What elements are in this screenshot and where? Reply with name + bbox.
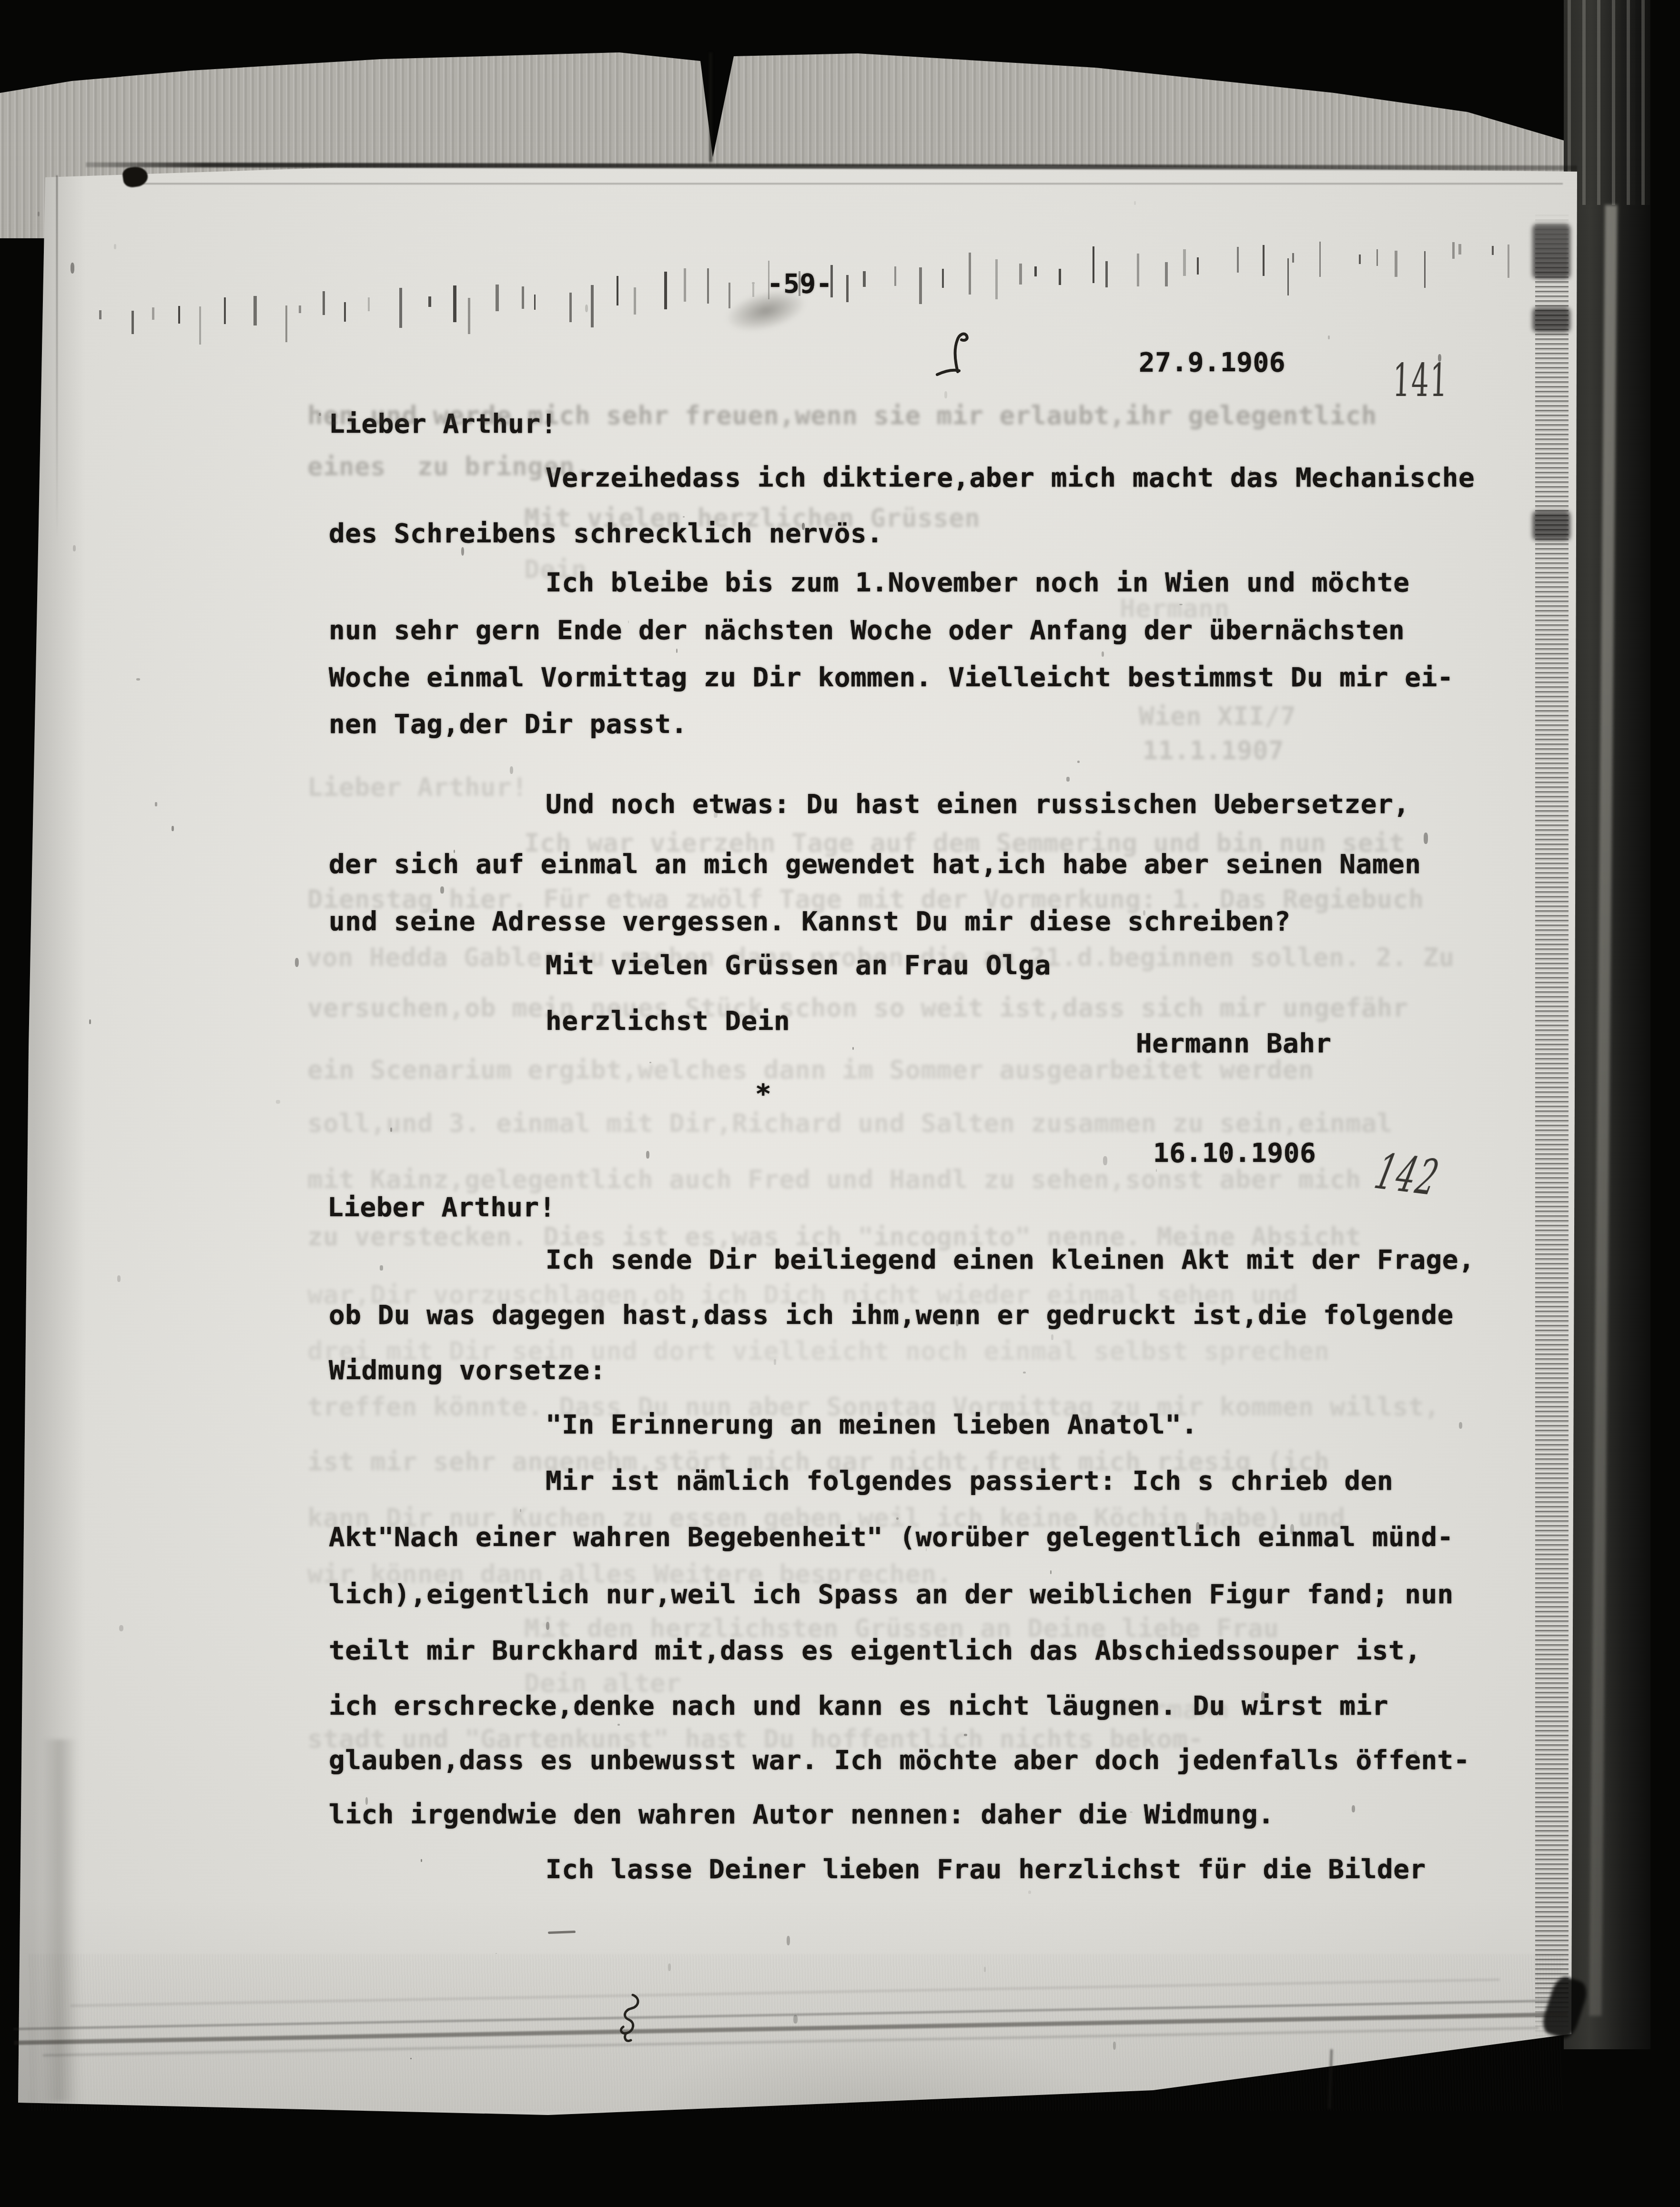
scan-tick <box>1197 257 1199 275</box>
ghost-line: Lieber Arthur! <box>307 774 527 800</box>
ghost-line: Hermann <box>1120 1697 1230 1722</box>
typed-line: Woche einmal Vormittag zu Dir kommen. Vi… <box>329 664 1454 691</box>
scan-tick <box>199 306 201 345</box>
dust-speck <box>172 826 173 832</box>
dust-speck <box>71 263 74 274</box>
scan-tick <box>1165 262 1168 286</box>
scan-tick <box>1424 251 1426 288</box>
dust-speck <box>1028 1891 1031 1893</box>
scan-tick <box>468 298 470 334</box>
ghost-line: Mit vielen herzlichen Grüssen <box>524 505 980 531</box>
typed-line: lich irgendwie den wahren Autor nennen: … <box>329 1801 1274 1828</box>
ghost-line: versuchen,ob mein neues Stück schon so w… <box>307 995 1408 1021</box>
scan-tick <box>942 269 944 288</box>
ghost-line: wir können dann alles Weitere besprechen… <box>307 1561 952 1587</box>
binding-ink-blob <box>1532 307 1570 332</box>
ghost-line: kann Dir nur Kuchen zu essen geben,weil … <box>307 1505 1346 1531</box>
ghost-line: ein Scenarium ergibt,welches dann im Som… <box>307 1057 1314 1083</box>
scan-tick <box>299 305 302 313</box>
binding-ink-blob <box>1532 224 1570 279</box>
ghost-line: Ich war vierzehn Tage auf dem Semmering … <box>524 830 1405 856</box>
scan-tick <box>634 287 636 315</box>
dust-speck <box>38 212 40 216</box>
scan-tick <box>1287 258 1289 295</box>
dust-speck <box>276 1100 280 1104</box>
scan-tick <box>569 293 572 322</box>
dust-speck <box>1050 1570 1052 1574</box>
binding-perforation-band <box>1535 210 1569 2040</box>
scan-tick <box>99 310 101 319</box>
typed-line: Und noch etwas: Du hast einen russischen… <box>546 791 1409 818</box>
scan-tick <box>995 259 998 300</box>
scan-tick <box>253 296 256 325</box>
scan-tick <box>453 285 456 323</box>
folio-number-141: 141 <box>1392 354 1449 407</box>
dust-speck <box>119 1625 123 1632</box>
scan-tick <box>1019 264 1022 285</box>
typed-line: nen Tag,der Dir passt. <box>329 711 688 738</box>
dust-speck <box>984 1967 986 1972</box>
scan-tick <box>1183 249 1186 276</box>
ghost-line: war,Dir vorzuschlagen,ob ich Dich nicht … <box>307 1282 1298 1308</box>
dust-speck <box>421 1859 422 1862</box>
scan-tick <box>894 266 896 286</box>
typed-line: Ich bleibe bis zum 1.November noch in Wi… <box>546 570 1409 596</box>
dust-speck <box>752 282 755 284</box>
scan-tick <box>323 291 325 315</box>
ghost-line: Wien XII/7 <box>1139 703 1296 729</box>
asterisk-separator: * <box>755 1081 771 1108</box>
signature-1: Hermann Bahr <box>1136 1030 1332 1057</box>
scan-tick <box>224 297 225 324</box>
dust-speck <box>1424 833 1428 844</box>
date-line-2: 16.10.1906 <box>1153 1140 1316 1167</box>
scan-tick <box>1237 247 1239 273</box>
dust-speck <box>668 1963 671 1971</box>
paper-tear-crack <box>709 52 712 162</box>
pen-curl-mark <box>931 328 993 385</box>
dust-speck <box>155 802 157 806</box>
scan-tick <box>969 253 971 295</box>
scan-tick <box>1034 266 1037 276</box>
ghost-line: Mit den herzlichsten Grüssen an Deine li… <box>524 1616 1279 1641</box>
dust-speck <box>852 1047 854 1050</box>
ghost-line: treffen könnte. Dass Du nun aber Sonntag… <box>307 1394 1440 1420</box>
scan-tick <box>1093 246 1094 283</box>
ghost-line: eines zu bringen. <box>307 454 590 479</box>
scan-tick <box>1359 254 1361 264</box>
scan-tick <box>285 305 287 342</box>
dust-speck <box>89 1019 91 1024</box>
scan-tick <box>1395 251 1397 277</box>
scan-tick <box>534 295 536 310</box>
dust-speck <box>295 958 299 967</box>
scan-tick <box>522 286 525 309</box>
date-line-1: 27.9.1906 <box>1139 349 1285 376</box>
scan-tick <box>1319 242 1321 277</box>
scanned-letter-page: -59- 27.9.1906Lieber Arthur!Verzeihedass… <box>0 0 1680 2207</box>
dust-speck <box>1077 761 1080 763</box>
scan-tick <box>863 271 866 287</box>
scan-tick <box>399 288 402 328</box>
scan-tick <box>496 285 498 311</box>
ghost-line: mit Kainz,gelegentlich auch Fred und Han… <box>307 1167 1361 1192</box>
ghost-line: 11.1.1907 <box>1143 738 1284 763</box>
dust-speck <box>1328 336 1329 339</box>
scan-tick <box>1263 245 1265 276</box>
binding-ink-blob <box>1532 511 1570 540</box>
ghost-line: soll,und 3. einmal mit Dir,Richard und S… <box>307 1110 1393 1136</box>
scan-tick <box>132 311 134 334</box>
scan-tick <box>1292 253 1294 263</box>
salutation-2: Lieber Arthur! <box>327 1194 556 1221</box>
dust-speck <box>1102 651 1104 657</box>
ghost-line: drei mit Dir sein und dort vielleicht no… <box>307 1338 1330 1364</box>
scan-tick <box>591 285 594 328</box>
scan-tick <box>428 296 431 307</box>
scan-tick <box>344 302 345 322</box>
ghost-line: Hermann <box>1120 596 1230 621</box>
ghost-line: hen und werde mich sehr freuen,wenn sie … <box>307 403 1377 428</box>
dust-speck <box>117 1275 121 1282</box>
scan-tick <box>1137 254 1139 286</box>
dust-speck <box>1023 1372 1026 1373</box>
ghost-line: Dienstag hier. Für etwa zwölf Tage mit d… <box>307 886 1424 912</box>
scan-tick <box>707 268 709 304</box>
scan-tick <box>617 276 618 305</box>
ghost-line: Dein <box>524 557 587 582</box>
typed-line: nun sehr gern Ende der nächsten Woche od… <box>329 617 1405 644</box>
ghost-line: von Hedda Gabler zu machen dann proben,d… <box>306 945 1455 970</box>
scan-tick <box>1458 244 1461 254</box>
scan-tick <box>368 297 370 311</box>
scan-tick <box>846 275 849 302</box>
ghost-line: stadt und "Gartenkunst" hast Du hoffentl… <box>307 1726 1204 1752</box>
scan-tick <box>1508 244 1509 278</box>
page-stack-edge-top <box>1568 0 1650 205</box>
dust-speck <box>380 1265 383 1271</box>
dust-speck <box>944 391 947 398</box>
dust-speck <box>646 1151 649 1159</box>
typed-line: Ich lasse Deiner lieben Frau herzlichst … <box>546 1856 1426 1883</box>
scan-tick <box>1376 249 1378 266</box>
page-top-inner-line <box>143 183 1563 184</box>
dust-speck <box>1459 1422 1462 1429</box>
scan-tick <box>1492 246 1494 255</box>
scan-tick <box>919 267 922 304</box>
ghost-line: ist mir sehr angenehm,stört mich gar nic… <box>307 1449 1330 1475</box>
dust-speck <box>114 244 116 250</box>
scan-tick <box>1105 261 1108 287</box>
scan-tick <box>684 268 686 302</box>
ghost-line: Dein alter <box>524 1670 681 1696</box>
vertical-crease-top <box>56 175 58 538</box>
scan-tick <box>178 306 180 323</box>
dust-speck <box>1066 777 1070 782</box>
scan-tick <box>664 272 667 309</box>
scan-tick <box>1452 242 1455 259</box>
typed-line: Verzeihedass ich diktiere,aber mich mach… <box>546 465 1475 491</box>
ghost-line: zu verstecken. Dies ist es,was ich "inco… <box>307 1224 1361 1250</box>
dust-speck <box>585 305 588 312</box>
scan-tick <box>152 307 154 320</box>
scan-tick <box>1059 269 1062 285</box>
